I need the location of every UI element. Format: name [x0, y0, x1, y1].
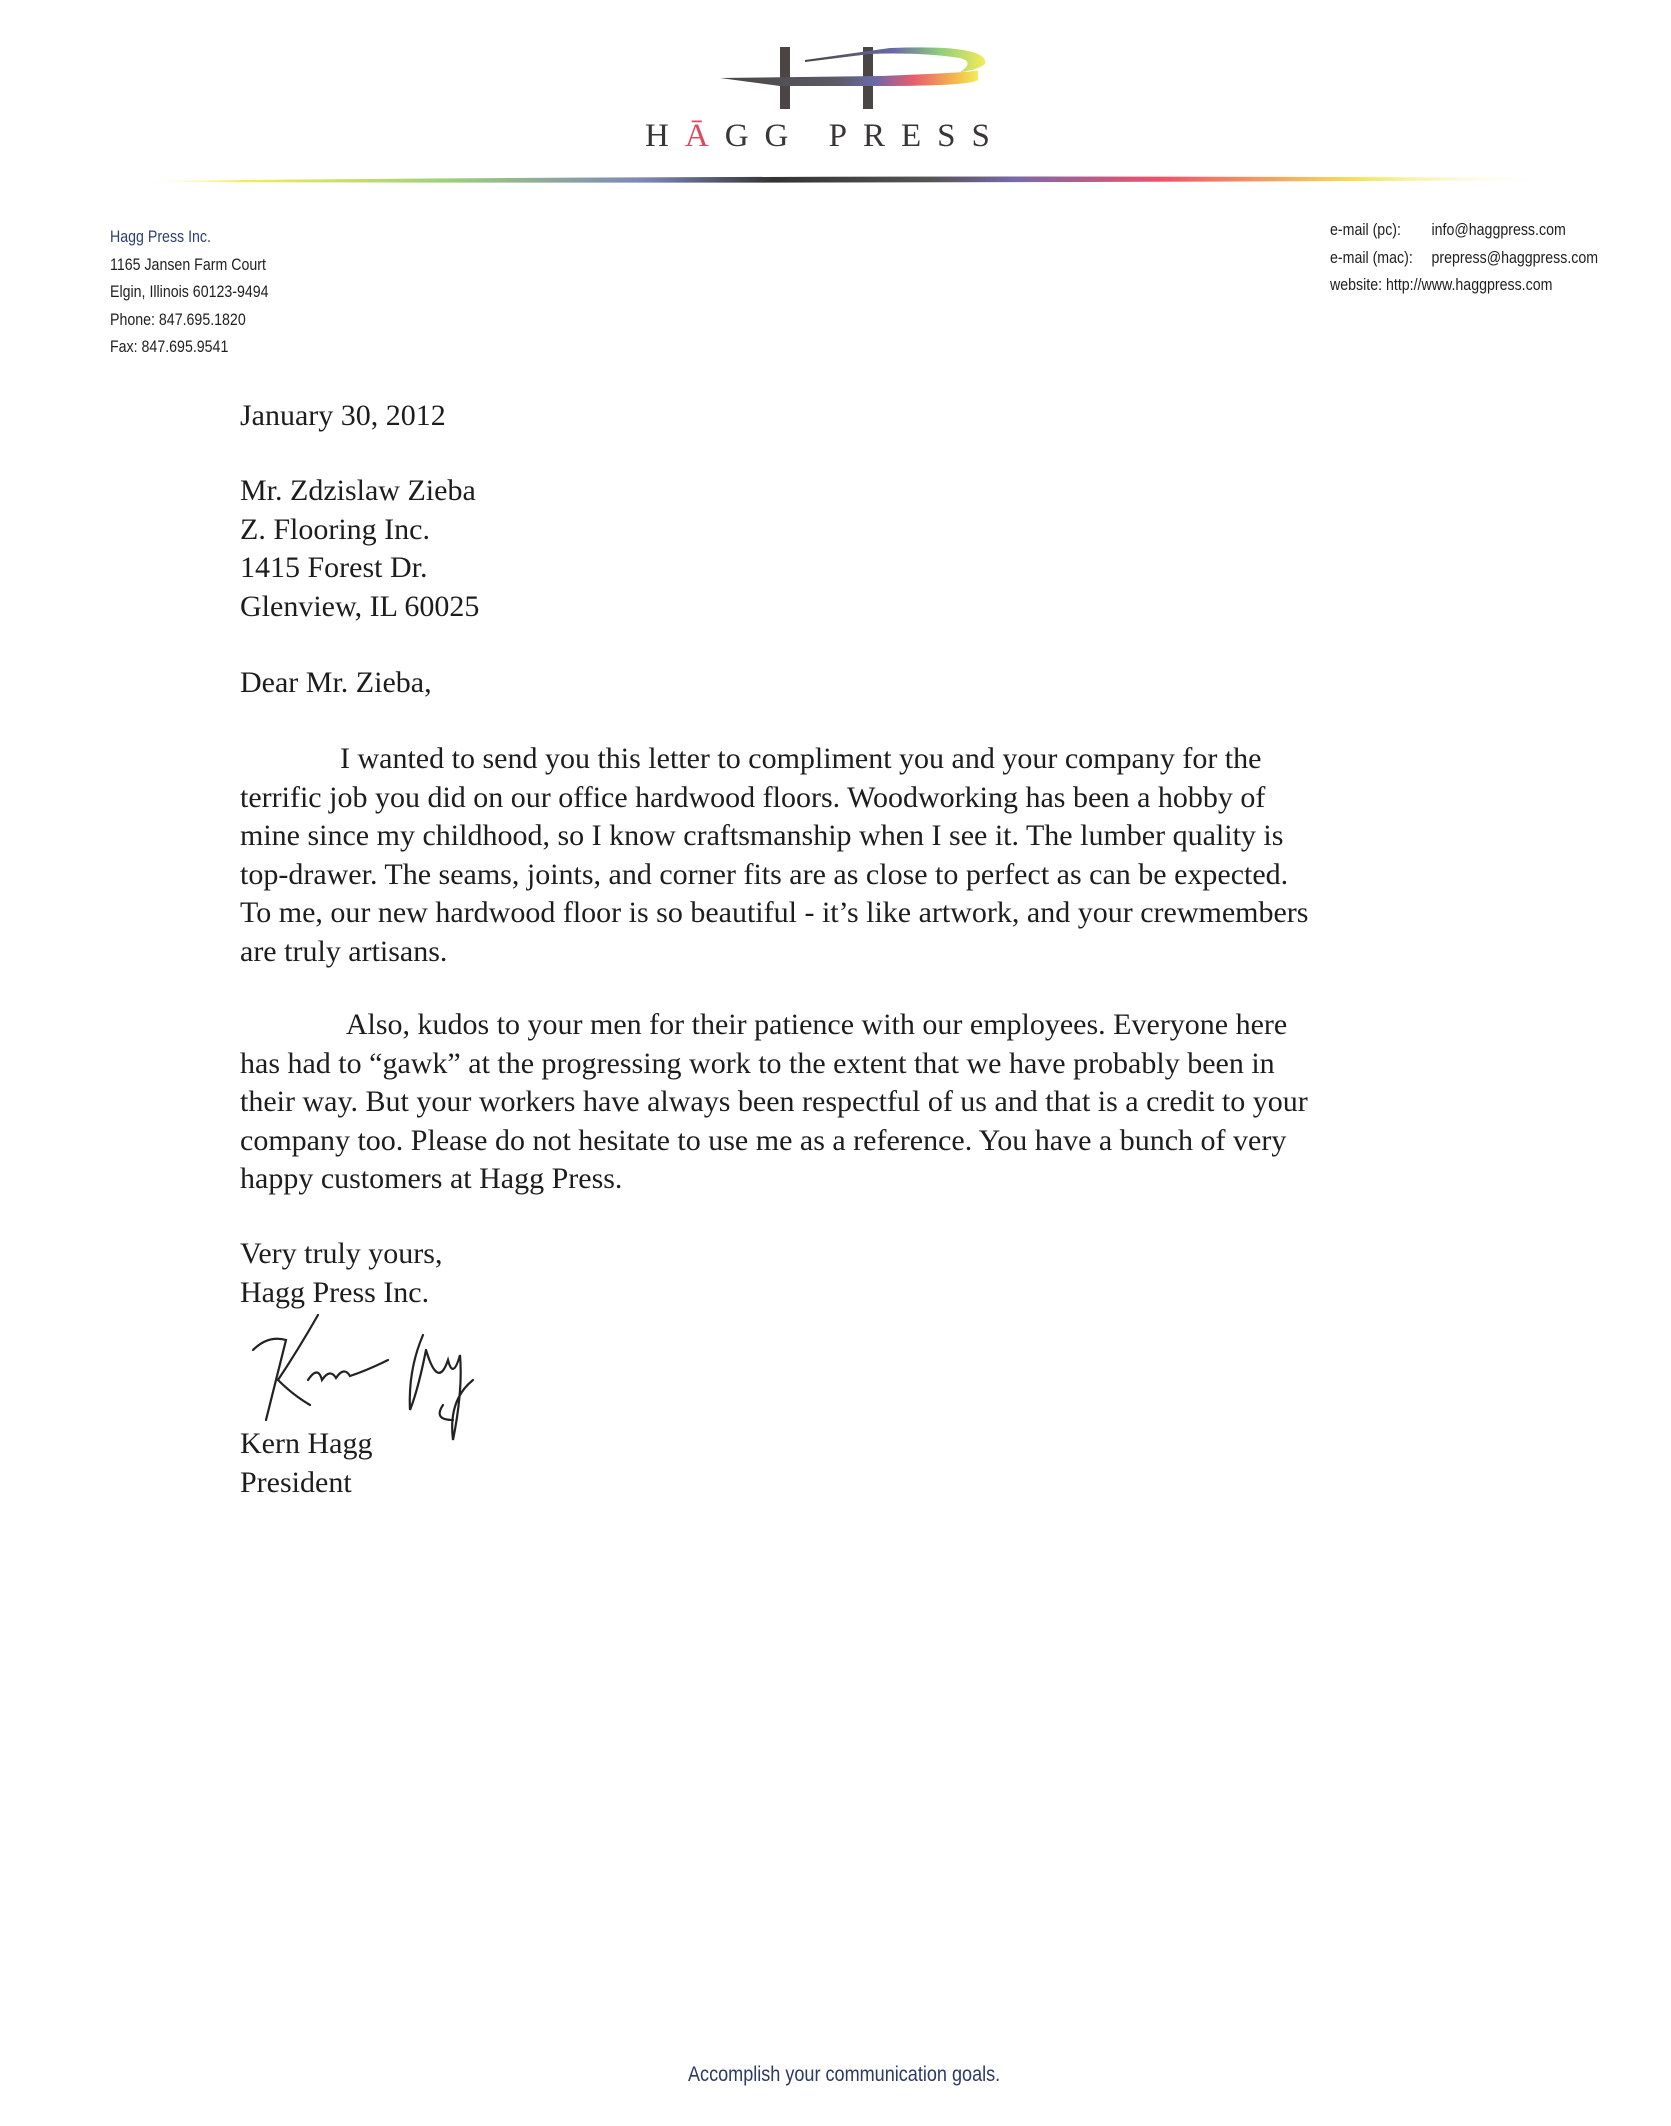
body-paragraph-2: Also, kudos to your men for their patien…: [240, 1006, 1450, 1199]
signer-block: Kern Hagg President: [240, 1425, 372, 1502]
contact-email-link[interactable]: info@haggpress.com: [1431, 221, 1565, 239]
closing-company: Hagg Press Inc.: [240, 1274, 442, 1313]
paragraph-line: their way. But your workers have always …: [240, 1083, 1450, 1122]
recipient-city: Glenview, IL 60025: [240, 588, 479, 627]
paragraph-line: company too. Please do not hesitate to u…: [240, 1122, 1450, 1161]
signer-name: Kern Hagg: [240, 1425, 372, 1464]
salutation: Dear Mr. Zieba,: [240, 664, 432, 703]
sender-fax: Fax: 847.695.9541: [110, 334, 269, 362]
sender-company: Hagg Press Inc.: [110, 224, 269, 252]
paragraph-line: Also, kudos to your men for their patien…: [240, 1006, 1450, 1045]
company-wordmark: HĀGG PRESS: [645, 118, 1006, 155]
footer-tagline: Accomplish your communication goals.: [688, 2063, 1000, 2087]
recipient-street: 1415 Forest Dr.: [240, 549, 479, 588]
contact-label: e-mail (pc):: [1330, 217, 1431, 245]
signer-title: President: [240, 1464, 372, 1503]
line-text: Also, kudos to your men for their patien…: [340, 1008, 1287, 1041]
sender-address-block: Hagg Press Inc. 1165 Jansen Farm Court E…: [110, 224, 269, 362]
letter-date: January 30, 2012: [240, 397, 446, 436]
sender-phone: Phone: 847.695.1820: [110, 307, 269, 335]
paragraph-line: terrific job you did on our office hardw…: [240, 779, 1450, 818]
paragraph-line: happy customers at Hagg Press.: [240, 1160, 1450, 1199]
paragraph-line: has had to “gawk” at the progressing wor…: [240, 1045, 1450, 1084]
closing-phrase: Very truly yours,: [240, 1235, 442, 1274]
wordmark-a-accent: Ā: [685, 118, 725, 154]
body-paragraph-1: I wanted to send you this letter to comp…: [240, 740, 1450, 971]
wordmark-rest: GG PRESS: [725, 118, 1006, 154]
line-text: I wanted to send you this letter to comp…: [340, 742, 1261, 775]
hp-monogram-logo-icon: [720, 40, 1060, 120]
paragraph-line: top-drawer. The seams, joints, and corne…: [240, 856, 1450, 895]
sender-city: Elgin, Illinois 60123-9494: [110, 279, 269, 307]
paragraph-line: To me, our new hardwood floor is so beau…: [240, 894, 1450, 933]
contact-label: e-mail (mac):: [1330, 245, 1431, 273]
contact-website-link[interactable]: http://www.haggpress.com: [1386, 276, 1552, 294]
contact-email-pc: e-mail (pc):info@haggpress.com: [1330, 217, 1598, 245]
contact-email-link[interactable]: prepress@haggpress.com: [1431, 249, 1598, 267]
contact-email-mac: e-mail (mac):prepress@haggpress.com: [1330, 245, 1598, 273]
paragraph-line: mine since my childhood, so I know craft…: [240, 817, 1450, 856]
contact-website: website: http://www.haggpress.com: [1330, 272, 1598, 300]
paragraph-line: I wanted to send you this letter to comp…: [240, 740, 1450, 779]
recipient-address: Mr. Zdzislaw Zieba Z. Flooring Inc. 1415…: [240, 472, 479, 626]
rainbow-divider: [130, 175, 1560, 185]
sender-contact-block: e-mail (pc):info@haggpress.com e-mail (m…: [1330, 217, 1598, 300]
closing: Very truly yours, Hagg Press Inc.: [240, 1235, 442, 1312]
wordmark-h: H: [645, 118, 685, 154]
paragraph-line: are truly artisans.: [240, 933, 1450, 972]
recipient-company: Z. Flooring Inc.: [240, 511, 479, 550]
recipient-name: Mr. Zdzislaw Zieba: [240, 472, 479, 511]
sender-street: 1165 Jansen Farm Court: [110, 252, 269, 280]
contact-label: website:: [1330, 276, 1382, 294]
